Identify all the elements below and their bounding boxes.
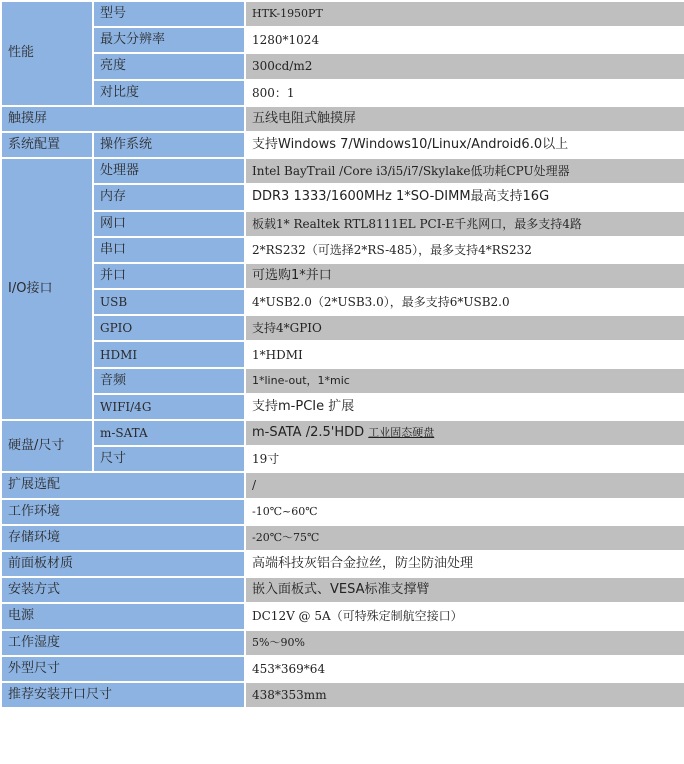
row-key: 音频 bbox=[93, 368, 245, 394]
row-key: 内存 bbox=[93, 184, 245, 210]
row-label: 存储环境 bbox=[1, 525, 245, 551]
row-value: m-SATA /2.5'HDD 工业固态硬盘 bbox=[245, 420, 684, 446]
table-row: 对比度 800：1 bbox=[1, 80, 684, 106]
row-value: 五线电阻式触摸屏 bbox=[245, 106, 684, 132]
group-label-performance: 性能 bbox=[1, 1, 93, 106]
table-row: 扩展选配 / bbox=[1, 472, 684, 498]
table-row: 安装方式 嵌入面板式、VESA标准支撑臂 bbox=[1, 577, 684, 603]
row-value: 19寸 bbox=[245, 446, 684, 472]
table-row: 最大分辨率 1280*1024 bbox=[1, 27, 684, 53]
row-label: 扩展选配 bbox=[1, 472, 245, 498]
row-value: 300cd/m2 bbox=[245, 53, 684, 79]
row-label: 工作湿度 bbox=[1, 630, 245, 656]
table-row: HDMI 1*HDMI bbox=[1, 341, 684, 367]
row-key: 网口 bbox=[93, 211, 245, 237]
table-row: 触摸屏 五线电阻式触摸屏 bbox=[1, 106, 684, 132]
row-value: 支持4*GPIO bbox=[245, 315, 684, 341]
row-key: 串口 bbox=[93, 237, 245, 263]
row-value: Intel BayTrail /Core i3/i5/i7/Skylake低功耗… bbox=[245, 158, 684, 184]
row-key: 对比度 bbox=[93, 80, 245, 106]
row-key: HDMI bbox=[93, 341, 245, 367]
table-row: 内存 DDR3 1333/1600MHz 1*SO-DIMM最高支持16G bbox=[1, 184, 684, 210]
table-row: USB 4*USB2.0（2*USB3.0），最多支持6*USB2.0 bbox=[1, 289, 684, 315]
row-label: 外型尺寸 bbox=[1, 656, 245, 682]
row-label-touchscreen: 触摸屏 bbox=[1, 106, 245, 132]
row-value: 高端科技灰铝合金拉丝，防尘防油处理 bbox=[245, 551, 684, 577]
table-row: 性能 型号 HTK-1950PT bbox=[1, 1, 684, 27]
row-key: 处理器 bbox=[93, 158, 245, 184]
group-label-io: I/O接口 bbox=[1, 158, 93, 420]
row-value: 可选购1*并口 bbox=[245, 263, 684, 289]
row-label: 电源 bbox=[1, 603, 245, 629]
row-value: 5%～90% bbox=[245, 630, 684, 656]
row-value: DDR3 1333/1600MHz 1*SO-DIMM最高支持16G bbox=[245, 184, 684, 210]
table-row: 存储环境 -20℃～75℃ bbox=[1, 525, 684, 551]
row-key: WIFI/4G bbox=[93, 394, 245, 420]
row-value: 800：1 bbox=[245, 80, 684, 106]
table-row: 硬盘/尺寸 m-SATA m-SATA /2.5'HDD 工业固态硬盘 bbox=[1, 420, 684, 446]
group-label-storage: 硬盘/尺寸 bbox=[1, 420, 93, 472]
row-label: 安装方式 bbox=[1, 577, 245, 603]
table-row: I/O接口 处理器 Intel BayTrail /Core i3/i5/i7/… bbox=[1, 158, 684, 184]
table-row: 亮度 300cd/m2 bbox=[1, 53, 684, 79]
row-value: 1*HDMI bbox=[245, 341, 684, 367]
row-value: 板载1* Realtek RTL8111EL PCI-E千兆网口，最多支持4路 bbox=[245, 211, 684, 237]
row-value: 1280*1024 bbox=[245, 27, 684, 53]
table-row: 工作湿度 5%～90% bbox=[1, 630, 684, 656]
row-value: DC12V @ 5A（可特殊定制航空接口） bbox=[245, 603, 684, 629]
row-key: 最大分辨率 bbox=[93, 27, 245, 53]
row-key: 亮度 bbox=[93, 53, 245, 79]
row-label: 推荐安装开口尺寸 bbox=[1, 682, 245, 708]
row-label: 前面板材质 bbox=[1, 551, 245, 577]
row-value: -20℃～75℃ bbox=[245, 525, 684, 551]
row-key: m-SATA bbox=[93, 420, 245, 446]
table-row: 并口 可选购1*并口 bbox=[1, 263, 684, 289]
row-value: 2*RS232（可选择2*RS-485），最多支持4*RS232 bbox=[245, 237, 684, 263]
row-value: / bbox=[245, 472, 684, 498]
row-value: -10℃~60℃ bbox=[245, 499, 684, 525]
row-value: 438*353mm bbox=[245, 682, 684, 708]
row-value: HTK-1950PT bbox=[245, 1, 684, 27]
group-label-system: 系统配置 bbox=[1, 132, 93, 158]
row-key: 型号 bbox=[93, 1, 245, 27]
row-key: GPIO bbox=[93, 315, 245, 341]
row-key: USB bbox=[93, 289, 245, 315]
row-value: 453*369*64 bbox=[245, 656, 684, 682]
row-value: 1*line-out，1*mic bbox=[245, 368, 684, 394]
table-row: 系统配置 操作系统 支持Windows 7/Windows10/Linux/An… bbox=[1, 132, 684, 158]
spec-table: 性能 型号 HTK-1950PT 最大分辨率 1280*1024 亮度 300c… bbox=[0, 0, 684, 709]
row-key: 尺寸 bbox=[93, 446, 245, 472]
row-value: 支持Windows 7/Windows10/Linux/Android6.0以上 bbox=[245, 132, 684, 158]
table-row: 外型尺寸 453*369*64 bbox=[1, 656, 684, 682]
table-row: 串口 2*RS232（可选择2*RS-485），最多支持4*RS232 bbox=[1, 237, 684, 263]
table-row: 前面板材质 高端科技灰铝合金拉丝，防尘防油处理 bbox=[1, 551, 684, 577]
table-row: WIFI/4G 支持m-PCIe 扩展 bbox=[1, 394, 684, 420]
table-row: GPIO 支持4*GPIO bbox=[1, 315, 684, 341]
table-row: 工作环境 -10℃~60℃ bbox=[1, 499, 684, 525]
table-row: 尺寸 19寸 bbox=[1, 446, 684, 472]
table-row: 推荐安装开口尺寸 438*353mm bbox=[1, 682, 684, 708]
value-underlined-text: 工业固态硬盘 bbox=[368, 426, 434, 439]
row-value: 嵌入面板式、VESA标准支撑臂 bbox=[245, 577, 684, 603]
row-value: 4*USB2.0（2*USB3.0），最多支持6*USB2.0 bbox=[245, 289, 684, 315]
value-text: m-SATA /2.5'HDD bbox=[252, 425, 368, 440]
row-key: 并口 bbox=[93, 263, 245, 289]
table-row: 音频 1*line-out，1*mic bbox=[1, 368, 684, 394]
table-row: 网口 板载1* Realtek RTL8111EL PCI-E千兆网口，最多支持… bbox=[1, 211, 684, 237]
row-key: 操作系统 bbox=[93, 132, 245, 158]
row-value: 支持m-PCIe 扩展 bbox=[245, 394, 684, 420]
row-label: 工作环境 bbox=[1, 499, 245, 525]
table-row: 电源 DC12V @ 5A（可特殊定制航空接口） bbox=[1, 603, 684, 629]
